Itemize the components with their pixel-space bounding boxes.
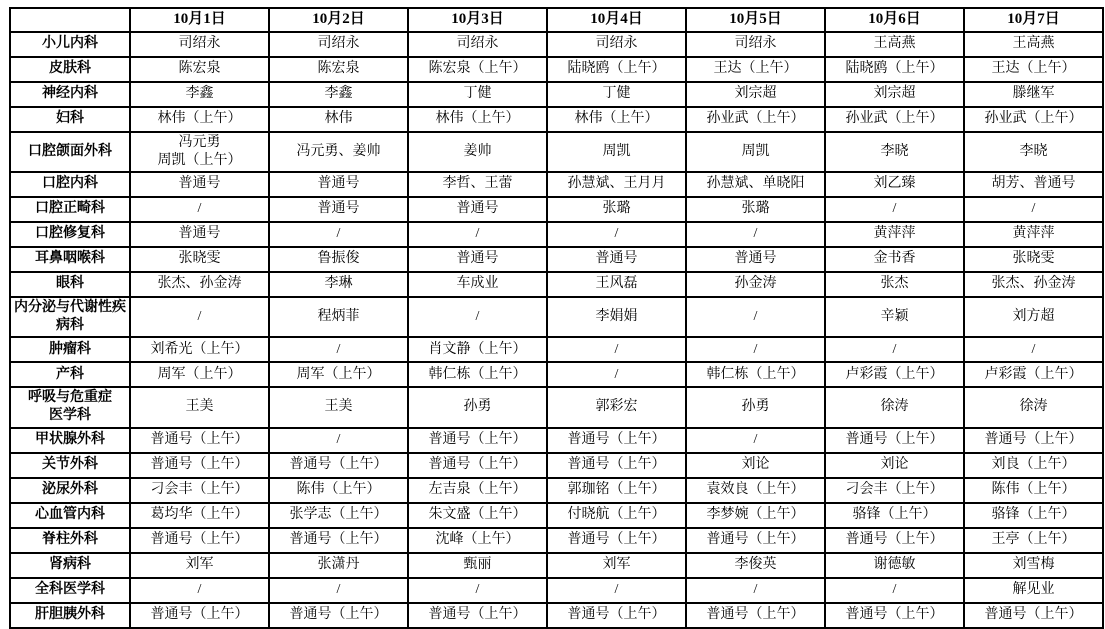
schedule-cell: /	[130, 297, 269, 337]
schedule-cell: 林伟（上午）	[408, 107, 547, 132]
schedule-cell: /	[825, 337, 964, 362]
schedule-cell: /	[825, 197, 964, 222]
schedule-cell: 鲁振俊	[269, 247, 408, 272]
schedule-cell: 李鑫	[269, 82, 408, 107]
schedule-cell: 程炳菲	[269, 297, 408, 337]
schedule-cell: 普通号（上午）	[686, 528, 825, 553]
schedule-cell: 刘希光（上午）	[130, 337, 269, 362]
schedule-cell: 陈宏泉	[130, 57, 269, 82]
schedule-cell: 普通号（上午）	[408, 603, 547, 620]
schedule-cell: 孙慧斌、王月月	[547, 172, 686, 197]
schedule-cell: 张杰	[825, 272, 964, 297]
schedule-cell: 刘军	[547, 553, 686, 578]
department-cell: 肾病科	[10, 553, 130, 578]
schedule-cell: 普通号（上午）	[825, 603, 964, 620]
schedule-cell: 车成业	[408, 272, 547, 297]
schedule-cell: 丁健	[547, 82, 686, 107]
schedule-cell: 李梦婉（上午）	[686, 503, 825, 528]
schedule-cell: 普通号（上午）	[130, 603, 269, 620]
table-row: 泌尿外科刁会丰（上午）陈伟（上午）左吉泉（上午）郭珈铭（上午）袁效良（上午）刁会…	[10, 478, 1103, 503]
table-row: 肿瘤科刘希光（上午）/肖文静（上午）////	[10, 337, 1103, 362]
schedule-cell: 普通号（上午）	[686, 603, 825, 620]
table-row: 内分泌与代谢性疾 病科/程炳菲/李娟娟/辛颖刘方超	[10, 297, 1103, 337]
schedule-cell: 解见业	[964, 578, 1103, 603]
date-header-cell: 10月1日	[130, 8, 269, 32]
table-row: 全科医学科//////解见业	[10, 578, 1103, 603]
schedule-cell: 普通号（上午）	[825, 428, 964, 453]
schedule-cell: 普通号（上午）	[825, 528, 964, 553]
schedule-cell: 李琳	[269, 272, 408, 297]
table-row: 小儿内科司绍永司绍永司绍永司绍永司绍永王高燕王高燕	[10, 32, 1103, 57]
schedule-cell: 李娟娟	[547, 297, 686, 337]
schedule-cell: 李晓	[964, 132, 1103, 172]
date-header-cell: 10月2日	[269, 8, 408, 32]
schedule-cell: 刘论	[686, 453, 825, 478]
schedule-cell: /	[964, 197, 1103, 222]
schedule-cell: 司绍永	[269, 32, 408, 57]
table-row: 脊柱外科普通号（上午）普通号（上午）沈峰（上午）普通号（上午）普通号（上午）普通…	[10, 528, 1103, 553]
schedule-cell: 普通号（上午）	[269, 528, 408, 553]
schedule-cell: 辛颖	[825, 297, 964, 337]
schedule-cell: /	[269, 337, 408, 362]
department-cell: 小儿内科	[10, 32, 130, 57]
table-row: 耳鼻咽喉科张晓雯鲁振俊普通号普通号普通号金书香张晓雯	[10, 247, 1103, 272]
table-row: 皮肤科陈宏泉陈宏泉陈宏泉（上午）陆晓鸥（上午）王达（上午）陆晓鸥（上午）王达（上…	[10, 57, 1103, 82]
schedule-cell: 普通号	[686, 247, 825, 272]
table-row: 口腔修复科普通号////黄萍萍黄萍萍	[10, 222, 1103, 247]
department-cell: 泌尿外科	[10, 478, 130, 503]
schedule-cell: 普通号（上午）	[269, 453, 408, 478]
schedule-cell: 孙金涛	[686, 272, 825, 297]
schedule-cell: 普通号	[269, 172, 408, 197]
schedule-cell: 普通号（上午）	[964, 603, 1103, 620]
schedule-cell: 林伟（上午）	[130, 107, 269, 132]
schedule-cell: 司绍永	[408, 32, 547, 57]
schedule-cell: 滕继军	[964, 82, 1103, 107]
schedule-cell: 普通号	[408, 247, 547, 272]
schedule-cell: 普通号（上午）	[408, 428, 547, 453]
department-cell: 耳鼻咽喉科	[10, 247, 130, 272]
duty-schedule-table: 10月1日10月2日10月3日10月4日10月5日10月6日10月7日 小儿内科…	[9, 7, 1104, 620]
schedule-cell: 王高燕	[964, 32, 1103, 57]
schedule-cell: 王美	[130, 387, 269, 427]
schedule-cell: 黄萍萍	[825, 222, 964, 247]
schedule-cell: 冯元勇 周凯（上午）	[130, 132, 269, 172]
schedule-cell: /	[130, 197, 269, 222]
schedule-cell: 骆锋（上午）	[825, 503, 964, 528]
table-row: 关节外科普通号（上午）普通号（上午）普通号（上午）普通号（上午）刘论刘论刘良（上…	[10, 453, 1103, 478]
schedule-cell: 王达（上午）	[964, 57, 1103, 82]
schedule-cell: 刁会丰（上午）	[130, 478, 269, 503]
schedule-cell: 刘雪梅	[964, 553, 1103, 578]
schedule-cell: 王风磊	[547, 272, 686, 297]
schedule-cell: 陈伟（上午）	[269, 478, 408, 503]
schedule-cell: 胡芳、普通号	[964, 172, 1103, 197]
schedule-cell: 陆晓鸥（上午）	[547, 57, 686, 82]
table-row: 呼吸与危重症 医学科王美王美孙勇郭彩宏孙勇徐涛徐涛	[10, 387, 1103, 427]
department-cell: 呼吸与危重症 医学科	[10, 387, 130, 427]
schedule-cell: 普通号（上午）	[130, 528, 269, 553]
schedule-cell: 普通号	[130, 222, 269, 247]
department-cell: 心血管内科	[10, 503, 130, 528]
department-cell: 眼科	[10, 272, 130, 297]
schedule-cell: 李鑫	[130, 82, 269, 107]
schedule-cell: 普通号（上午）	[547, 428, 686, 453]
schedule-cell: /	[686, 222, 825, 247]
table-row: 肾病科刘军张潇丹甄丽刘军李俊英谢德敏刘雪梅	[10, 553, 1103, 578]
department-cell: 肝胆胰外科	[10, 603, 130, 620]
department-cell: 口腔内科	[10, 172, 130, 197]
schedule-cell: /	[964, 337, 1103, 362]
schedule-cell: 陆晓鸥（上午）	[825, 57, 964, 82]
schedule-cell: 陈宏泉	[269, 57, 408, 82]
schedule-cell: 普通号（上午）	[408, 453, 547, 478]
schedule-cell: 张学志（上午）	[269, 503, 408, 528]
schedule-cell: 韩仁栋（上午）	[686, 362, 825, 387]
schedule-cell: 谢德敏	[825, 553, 964, 578]
schedule-cell: 王亭（上午）	[964, 528, 1103, 553]
schedule-cell: 周凯	[547, 132, 686, 172]
table-row: 产科周军（上午）周军（上午）韩仁栋（上午）/韩仁栋（上午）卢彩霞（上午）卢彩霞（…	[10, 362, 1103, 387]
schedule-cell: 卢彩霞（上午）	[825, 362, 964, 387]
schedule-cell: 陈宏泉（上午）	[408, 57, 547, 82]
schedule-cell: 刘宗超	[686, 82, 825, 107]
schedule-cell: 周凯	[686, 132, 825, 172]
table-row: 口腔正畸科/普通号普通号张璐张璐//	[10, 197, 1103, 222]
table-row: 神经内科李鑫李鑫丁健丁健刘宗超刘宗超滕继军	[10, 82, 1103, 107]
schedule-cell: 张晓雯	[130, 247, 269, 272]
table-row: 肝胆胰外科普通号（上午）普通号（上午）普通号（上午）普通号（上午）普通号（上午）…	[10, 603, 1103, 620]
schedule-cell: 司绍永	[547, 32, 686, 57]
schedule-cell: 刘论	[825, 453, 964, 478]
schedule-cell: 普通号（上午）	[130, 428, 269, 453]
schedule-cell: 张杰、孙金涛	[130, 272, 269, 297]
table-row: 眼科张杰、孙金涛李琳车成业王风磊孙金涛张杰张杰、孙金涛	[10, 272, 1103, 297]
schedule-cell: 普通号（上午）	[130, 453, 269, 478]
schedule-cell: /	[686, 337, 825, 362]
department-cell: 口腔修复科	[10, 222, 130, 247]
table-row: 甲状腺外科普通号（上午）/普通号（上午）普通号（上午）/普通号（上午）普通号（上…	[10, 428, 1103, 453]
department-cell: 妇科	[10, 107, 130, 132]
schedule-cell: /	[269, 578, 408, 603]
schedule-body: 小儿内科司绍永司绍永司绍永司绍永司绍永王高燕王高燕皮肤科陈宏泉陈宏泉陈宏泉（上午…	[10, 32, 1103, 621]
schedule-cell: /	[408, 222, 547, 247]
date-header-cell: 10月6日	[825, 8, 964, 32]
schedule-cell: 张潇丹	[269, 553, 408, 578]
schedule-cell: 朱文盛（上午）	[408, 503, 547, 528]
schedule-cell: 郭珈铭（上午）	[547, 478, 686, 503]
schedule-cell: 孙业武（上午）	[964, 107, 1103, 132]
schedule-cell: 张璐	[686, 197, 825, 222]
schedule-cell: /	[547, 362, 686, 387]
schedule-cell: 刁会丰（上午）	[825, 478, 964, 503]
table-row: 口腔内科普通号普通号李哲、王蕾孙慧斌、王月月孙慧斌、单晓阳刘乙臻胡芳、普通号	[10, 172, 1103, 197]
table-row: 口腔颌面外科冯元勇 周凯（上午）冯元勇、姜帅姜帅周凯周凯李晓李晓	[10, 132, 1103, 172]
schedule-cell: 冯元勇、姜帅	[269, 132, 408, 172]
schedule-cell: /	[686, 578, 825, 603]
department-cell: 皮肤科	[10, 57, 130, 82]
schedule-cell: 刘良（上午）	[964, 453, 1103, 478]
schedule-cell: 王达（上午）	[686, 57, 825, 82]
schedule-cell: 姜帅	[408, 132, 547, 172]
schedule-cell: /	[130, 578, 269, 603]
schedule-cell: 普通号（上午）	[269, 603, 408, 620]
department-cell: 肿瘤科	[10, 337, 130, 362]
department-cell: 全科医学科	[10, 578, 130, 603]
schedule-cell: 徐涛	[825, 387, 964, 427]
schedule-cell: 孙业武（上午）	[825, 107, 964, 132]
corner-cell	[10, 8, 130, 32]
schedule-cell: 李俊英	[686, 553, 825, 578]
schedule-cell: 骆锋（上午）	[964, 503, 1103, 528]
date-header-cell: 10月3日	[408, 8, 547, 32]
schedule-cell: 卢彩霞（上午）	[964, 362, 1103, 387]
schedule-cell: /	[686, 428, 825, 453]
schedule-cell: /	[686, 297, 825, 337]
schedule-cell: /	[269, 222, 408, 247]
schedule-cell: 司绍永	[130, 32, 269, 57]
date-header-cell: 10月5日	[686, 8, 825, 32]
schedule-cell: 孙勇	[686, 387, 825, 427]
schedule-cell: 李哲、王蕾	[408, 172, 547, 197]
schedule-cell: 徐涛	[964, 387, 1103, 427]
schedule-cell: 李晓	[825, 132, 964, 172]
schedule-cell: 普通号（上午）	[964, 428, 1103, 453]
department-cell: 脊柱外科	[10, 528, 130, 553]
schedule-cell: 周军（上午）	[130, 362, 269, 387]
department-cell: 关节外科	[10, 453, 130, 478]
schedule-cell: 普通号	[547, 247, 686, 272]
schedule-cell: 韩仁栋（上午）	[408, 362, 547, 387]
schedule-cell: 普通号	[408, 197, 547, 222]
schedule-cell: 张晓雯	[964, 247, 1103, 272]
schedule-cell: 葛均华（上午）	[130, 503, 269, 528]
schedule-cell: 刘军	[130, 553, 269, 578]
table-row: 妇科林伟（上午）林伟林伟（上午）林伟（上午）孙业武（上午）孙业武（上午）孙业武（…	[10, 107, 1103, 132]
schedule-cell: 黄萍萍	[964, 222, 1103, 247]
schedule-cell: 袁效良（上午）	[686, 478, 825, 503]
schedule-cell: 普通号（上午）	[547, 528, 686, 553]
schedule-cell: 郭彩宏	[547, 387, 686, 427]
schedule-cell: 左吉泉（上午）	[408, 478, 547, 503]
department-cell: 口腔正畸科	[10, 197, 130, 222]
schedule-cell: 王高燕	[825, 32, 964, 57]
schedule-cell: 张璐	[547, 197, 686, 222]
schedule-cell: 普通号（上午）	[547, 453, 686, 478]
schedule-cell: 王美	[269, 387, 408, 427]
schedule-cell: /	[269, 428, 408, 453]
schedule-cell: 周军（上午）	[269, 362, 408, 387]
department-cell: 内分泌与代谢性疾 病科	[10, 297, 130, 337]
schedule-cell: 甄丽	[408, 553, 547, 578]
schedule-cell: 普通号（上午）	[547, 603, 686, 620]
schedule-cell: 孙勇	[408, 387, 547, 427]
schedule-cell: 沈峰（上午）	[408, 528, 547, 553]
schedule-cell: 陈伟（上午）	[964, 478, 1103, 503]
date-header-cell: 10月7日	[964, 8, 1103, 32]
schedule-cell: 普通号	[269, 197, 408, 222]
schedule-cell: /	[825, 578, 964, 603]
schedule-cell: 孙业武（上午）	[686, 107, 825, 132]
schedule-cell: /	[547, 578, 686, 603]
schedule-cell: /	[547, 222, 686, 247]
schedule-cell: 普通号	[130, 172, 269, 197]
date-header-cell: 10月4日	[547, 8, 686, 32]
schedule-cell: 林伟（上午）	[547, 107, 686, 132]
schedule-cell: /	[408, 297, 547, 337]
schedule-cell: 肖文静（上午）	[408, 337, 547, 362]
department-cell: 神经内科	[10, 82, 130, 107]
schedule-cell: 刘宗超	[825, 82, 964, 107]
schedule-cell: 刘乙臻	[825, 172, 964, 197]
schedule-cell: 司绍永	[686, 32, 825, 57]
schedule-cell: 付晓航（上午）	[547, 503, 686, 528]
schedule-cell: /	[547, 337, 686, 362]
schedule-cell: /	[408, 578, 547, 603]
schedule-cell: 丁健	[408, 82, 547, 107]
table-row: 心血管内科葛均华（上午）张学志（上午）朱文盛（上午）付晓航（上午）李梦婉（上午）…	[10, 503, 1103, 528]
schedule-cell: 孙慧斌、单晓阳	[686, 172, 825, 197]
schedule-cell: 林伟	[269, 107, 408, 132]
department-cell: 产科	[10, 362, 130, 387]
header-row: 10月1日10月2日10月3日10月4日10月5日10月6日10月7日	[10, 8, 1103, 32]
schedule-cell: 金书香	[825, 247, 964, 272]
department-cell: 口腔颌面外科	[10, 132, 130, 172]
department-cell: 甲状腺外科	[10, 428, 130, 453]
schedule-cell: 刘方超	[964, 297, 1103, 337]
schedule-cell: 张杰、孙金涛	[964, 272, 1103, 297]
